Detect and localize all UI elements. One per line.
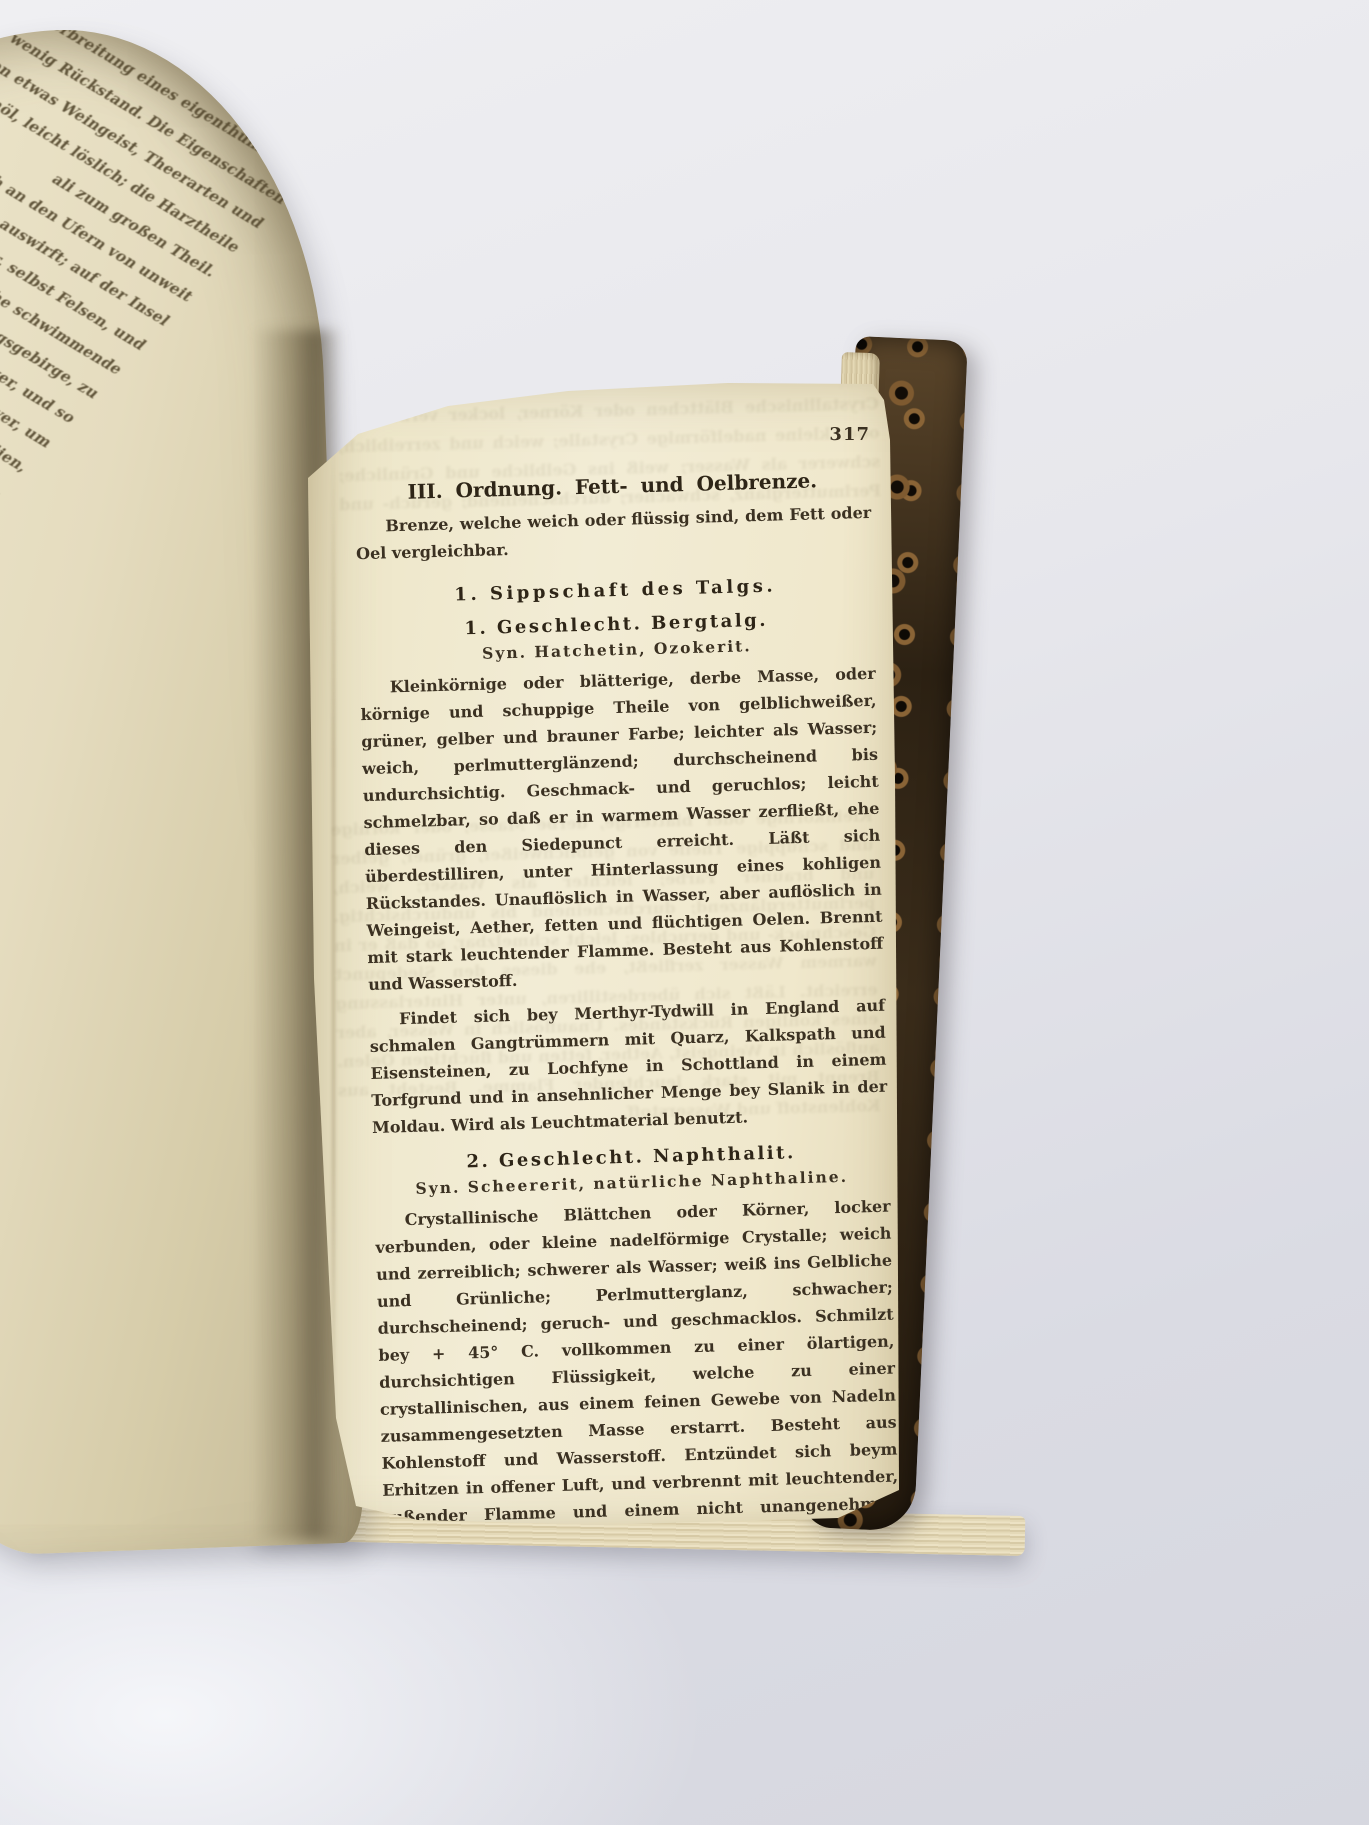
genus1-description: Kleinkörnige oder blätterige, derbe Mass… xyxy=(359,660,884,998)
page-text-block: III. Ordnung. Fett- und Oelbrenze. Brenz… xyxy=(354,467,900,1558)
intro-paragraph: Brenze, welche weich oder flüssig sind, … xyxy=(355,499,872,567)
family-heading: 1. Sippschaft des Talgs. xyxy=(357,573,873,608)
right-page: Crystallinische Blättchen oder Körner, l… xyxy=(298,378,900,1530)
photo-scene: ist leicht entzündlich, verbrennt mit le… xyxy=(0,0,1369,1825)
genus1-occurrence: Findet sich bey Merthyr-Tydwill in Engla… xyxy=(369,992,889,1141)
genus2-description: Crystallinische Blättchen oder Körner, l… xyxy=(374,1193,900,1558)
page-number: 317 xyxy=(829,424,870,445)
